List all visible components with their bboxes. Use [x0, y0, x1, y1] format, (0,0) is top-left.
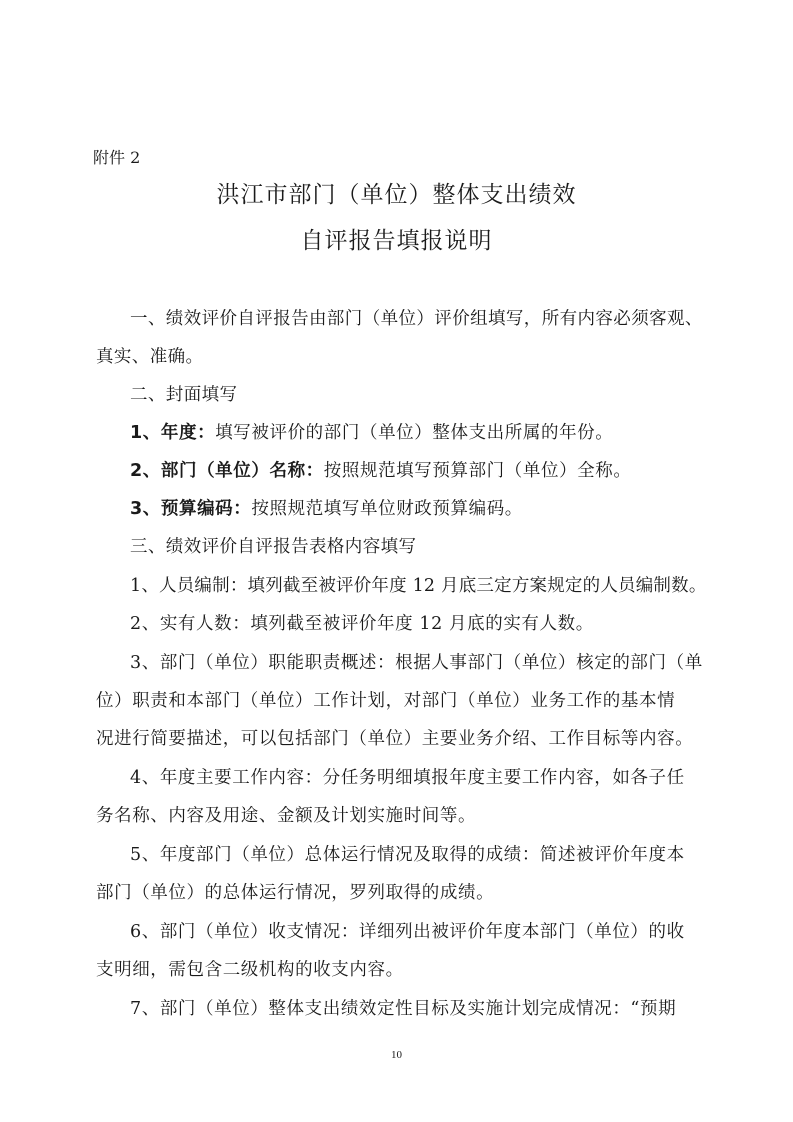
table-item-6-line-2: 支明细，需包含二级机构的收支内容。: [96, 958, 706, 982]
cover-item-budget-code: 3、预算编码：按照规范填写单位财政预算编码。: [130, 497, 710, 521]
table-item-2: 2、实有人数：填列截至被评价年度 12 月底的实有人数。: [130, 612, 710, 636]
document-title-line-1: 洪江市部门（单位）整体支出绩效: [0, 180, 793, 210]
table-item-1: 1、人员编制：填列截至被评价年度 12 月底三定方案规定的人员编制数。: [130, 574, 710, 598]
table-item-5-line-2: 部门（单位）的总体运行情况，罗列取得的成绩。: [96, 881, 706, 905]
table-item-4-line-2: 务名称、内容及用途、金额及计划实施时间等。: [96, 804, 706, 828]
table-item-5-line-1: 5、年度部门（单位）总体运行情况及取得的成绩：简述被评价年度本: [130, 843, 710, 867]
document-title-line-2: 自评报告填报说明: [0, 226, 793, 256]
cover-item-label: 2、部门（单位）名称：: [130, 461, 324, 481]
table-item-4-line-1: 4、年度主要工作内容：分任务明细填报年度主要工作内容，如各子任: [130, 766, 710, 790]
section-1-line-2: 真实、准确。: [96, 345, 706, 369]
section-3-heading: 三、绩效评价自评报告表格内容填写: [130, 535, 710, 559]
table-item-3-line-1: 3、部门（单位）职能职责概述：根据人事部门（单位）核定的部门（单: [130, 651, 710, 675]
cover-item-text: 按照规范填写预算部门（单位）全称。: [324, 461, 632, 481]
section-2-heading: 二、封面填写: [130, 383, 710, 407]
cover-item-label: 1、年度：: [130, 423, 215, 443]
attachment-label: 附件 2: [93, 147, 140, 169]
document-page: 附件 2 洪江市部门（单位）整体支出绩效 自评报告填报说明 一、绩效评价自评报告…: [0, 0, 793, 1122]
cover-item-text: 按照规范填写单位财政预算编码。: [251, 499, 523, 519]
page-number: 10: [0, 1049, 793, 1061]
table-item-7-line-1: 7、部门（单位）整体支出绩效定性目标及实施计划完成情况：“预期: [130, 997, 710, 1021]
cover-item-label: 3、预算编码：: [130, 499, 251, 519]
table-item-3-line-3: 况进行简要描述，可以包括部门（单位）主要业务介绍、工作目标等内容。: [96, 727, 706, 751]
cover-item-year: 1、年度：填写被评价的部门（单位）整体支出所属的年份。: [130, 421, 710, 445]
section-1-line-1: 一、绩效评价自评报告由部门（单位）评价组填写，所有内容必须客观、: [130, 307, 710, 331]
table-item-3-line-2: 位）职责和本部门（单位）工作计划，对部门（单位）业务工作的基本情: [96, 689, 706, 713]
cover-item-department-name: 2、部门（单位）名称：按照规范填写预算部门（单位）全称。: [130, 459, 710, 483]
cover-item-text: 填写被评价的部门（单位）整体支出所属的年份。: [215, 423, 613, 443]
table-item-6-line-1: 6、部门（单位）收支情况：详细列出被评价年度本部门（单位）的收: [130, 920, 710, 944]
